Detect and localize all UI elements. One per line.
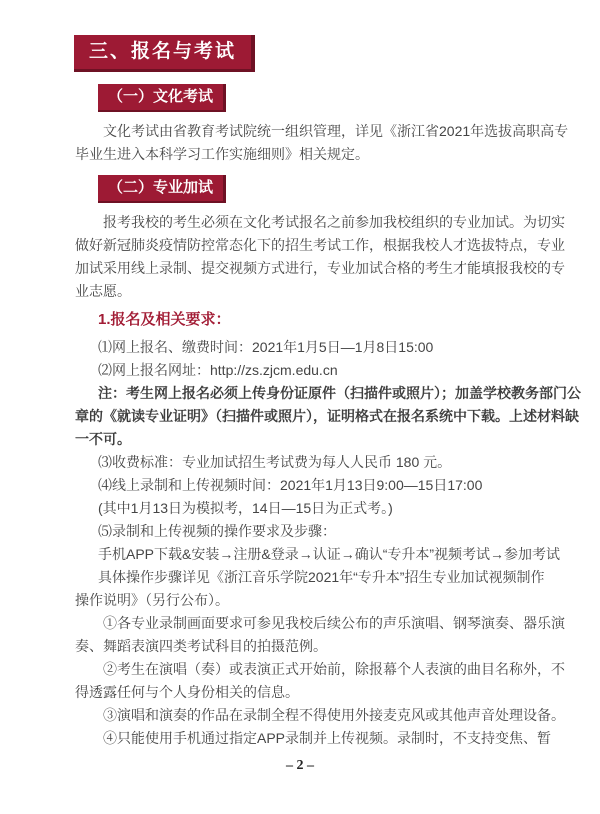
text-line: 具体操作步骤详见《浙江音乐学院2021年“专升本”招生专业加试视频制作 (75, 566, 590, 589)
text-line: ⑶收费标准：专业加试招生考试费为每人人民币 180 元。 (75, 451, 590, 474)
text-line: 手机APP下载&安装→注册&登录→认证→确认“专升本”视频考试→参加考试 (75, 543, 590, 566)
document-body: 三、报名与考试（一）文化考试文化考试由省教育考试院统一组织管理，详见《浙江省20… (0, 35, 600, 750)
document-page: 三、报名与考试（一）文化考试文化考试由省教育考试院统一组织管理，详见《浙江省20… (0, 0, 600, 814)
text-line: 业志愿。 (75, 280, 590, 303)
text-line: 操作说明》（另行公布）。 (75, 589, 590, 612)
text-line: ③演唱和演奏的作品在录制全程不得使用外接麦克风或其他声音处理设备。 (75, 704, 590, 727)
text-line: 得透露任何与个人身份相关的信息。 (75, 681, 590, 704)
text-line: 报考我校的考生必须在文化考试报名之前参加我校组织的专业加试。为切实 (75, 211, 590, 234)
text-line: 毕业生进入本科学习工作实施细则》相关规定。 (75, 143, 590, 166)
text-line: 章的《就读专业证明》（扫描件或照片），证明格式在报名系统中下载。上述材料缺 (75, 405, 590, 428)
text-line: ⑴网上报名、缴费时间：2021年1月5日—1月8日15:00 (75, 336, 590, 359)
section-title-banner: 三、报名与考试 (74, 35, 255, 72)
text-line: 奏、舞蹈表演四类考试科目的拍摄范例。 (75, 635, 590, 658)
page-number: – 2 – (0, 758, 600, 774)
text-line: ④只能使用手机通过指定APP录制并上传视频。录制时，不支持变焦、暂 (75, 727, 590, 750)
text-line: 做好新冠肺炎疫情防控常态化下的招生考试工作，根据我校人才选拔特点，专业 (75, 234, 590, 257)
text-line: 注：考生网上报名必须上传身份证原件（扫描件或照片）；加盖学校教务部门公 (75, 382, 590, 405)
text-line: ⑷线上录制和上传视频时间：2021年1月13日9:00—15日17:00 (75, 474, 590, 497)
text-line: 一不可。 (75, 428, 590, 451)
text-line: ①各专业录制画面要求可参见我校后续公布的声乐演唱、钢琴演奏、器乐演 (75, 612, 590, 635)
text-line: ②考生在演唱（奏）或表演正式开始前，除报幕个人表演的曲目名称外，不 (75, 658, 590, 681)
subsection-title-banner: （一）文化考试 (98, 84, 226, 112)
text-line: ⑵网上报名网址：http://zs.zjcm.edu.cn (75, 359, 590, 382)
text-line: 文化考试由省教育考试院统一组织管理，详见《浙江省2021年选拔高职高专 (75, 120, 590, 143)
text-line: 加试采用线上录制、提交视频方式进行，专业加试合格的考生才能填报我校的专 (75, 257, 590, 280)
list-heading: 1.报名及相关要求： (98, 309, 600, 330)
text-line: ⑸录制和上传视频的操作要求及步骤： (75, 520, 590, 543)
subsection-title-banner: （二）专业加试 (98, 175, 226, 203)
text-line: (其中1月13日为模拟考，14日—15日为正式考。) (75, 497, 590, 520)
